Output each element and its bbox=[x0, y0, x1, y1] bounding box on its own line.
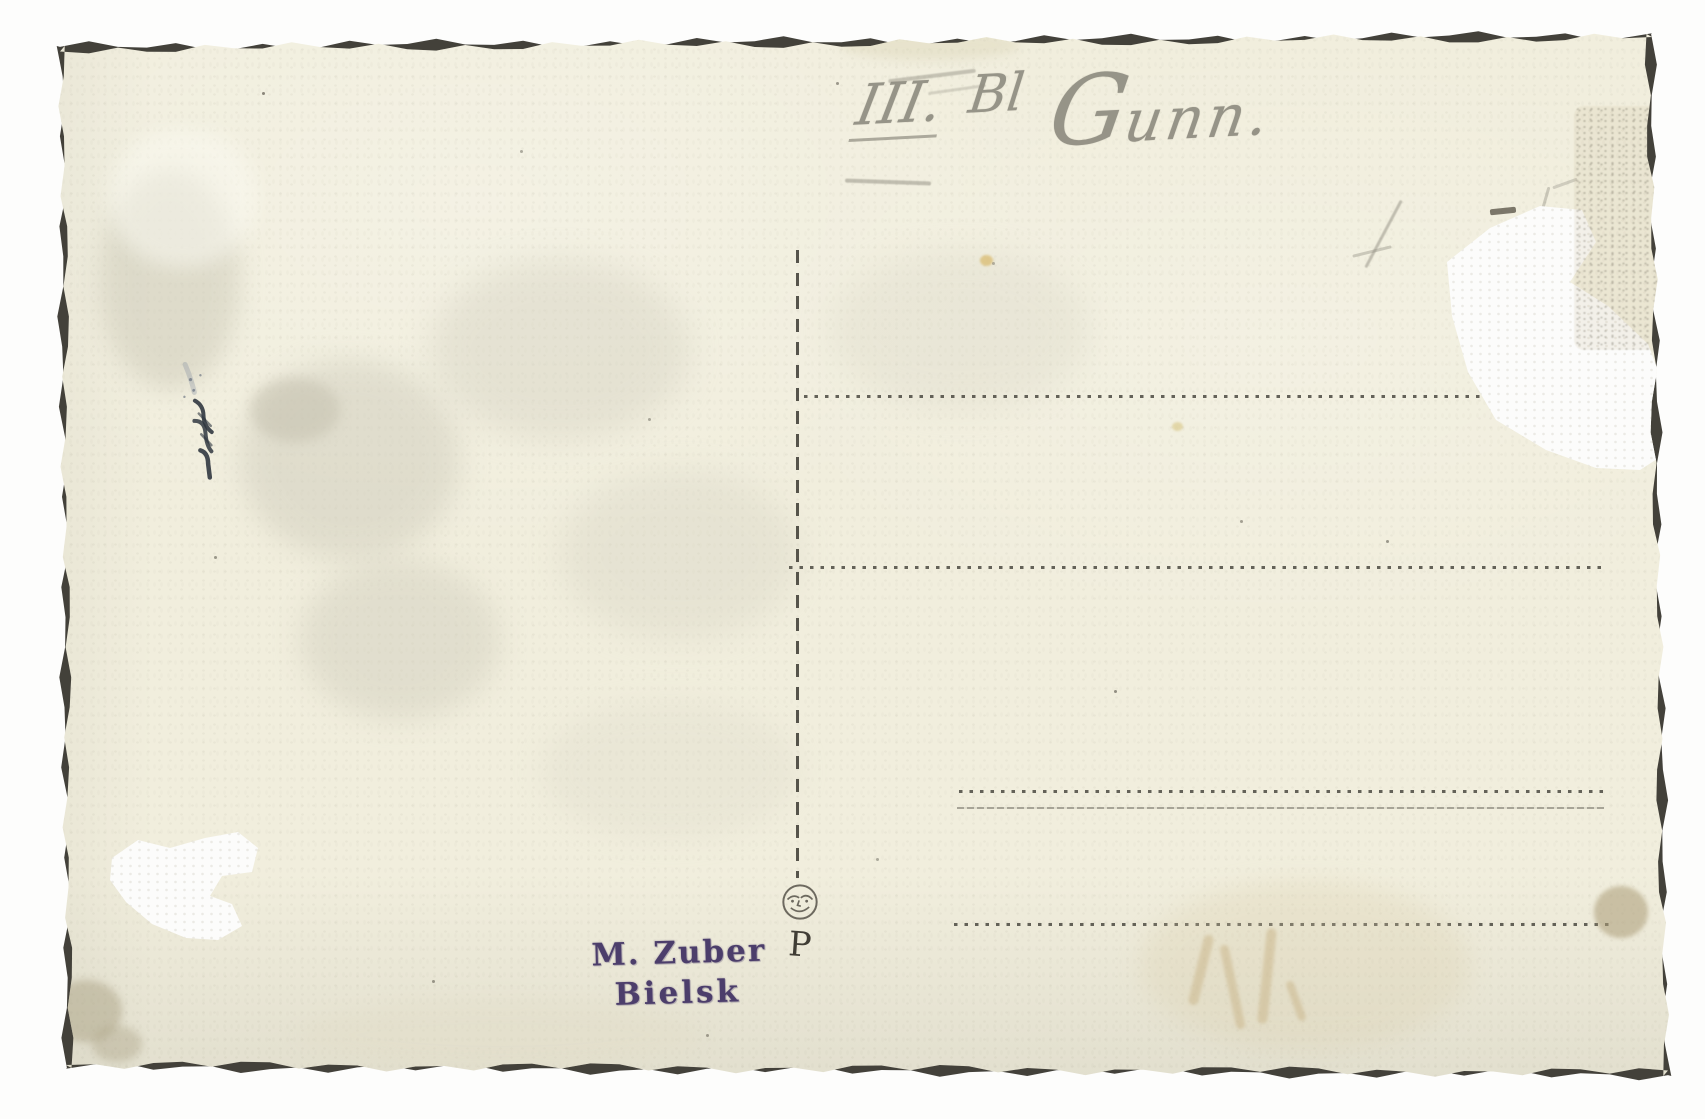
stain-wash-bottom-right bbox=[1140, 880, 1470, 1050]
stain-olive-corner bbox=[50, 980, 122, 1042]
address-line-5 bbox=[954, 923, 1612, 926]
divider-line bbox=[796, 250, 799, 878]
address-line-1 bbox=[804, 395, 1488, 398]
postcard: III. Bl Gunn. bbox=[0, 0, 1705, 1119]
stain-brown-right-edge bbox=[1594, 886, 1648, 938]
printer-trademark-face-icon bbox=[780, 882, 820, 922]
mottle-stain bbox=[560, 470, 800, 640]
pencil-slash-mark bbox=[1352, 245, 1392, 258]
address-line-2 bbox=[789, 566, 1607, 569]
stain-streak bbox=[1187, 934, 1214, 1006]
annotation-word: Gunn. bbox=[1043, 48, 1282, 166]
smudge-mark bbox=[1490, 207, 1516, 216]
stain-olive-corner bbox=[92, 1026, 142, 1062]
dealer-stamp: M. Zuber Bielsk bbox=[591, 932, 768, 1016]
stain-streak bbox=[1257, 928, 1277, 1025]
address-line-4 bbox=[957, 807, 1604, 809]
stain-streak bbox=[1219, 944, 1246, 1030]
paper-grain bbox=[0, 0, 1705, 1119]
postcard-scan: III. Bl Gunn. bbox=[0, 0, 1705, 1119]
stain-yellow-fleck bbox=[980, 255, 993, 266]
stamp-city: Bielsk bbox=[592, 971, 768, 1016]
mottle-stain bbox=[250, 378, 340, 442]
torn-patch-bottom-left bbox=[108, 830, 264, 944]
stain-yellow-fleck bbox=[1172, 422, 1183, 431]
paper-fleck bbox=[262, 92, 265, 95]
mottle-stain bbox=[830, 250, 1090, 410]
annotation-numeral: III. bbox=[848, 66, 950, 142]
printer-mark: P bbox=[772, 882, 828, 962]
pencil-slash-mark bbox=[1364, 200, 1402, 269]
printer-letter: P bbox=[771, 926, 829, 964]
mottle-stain bbox=[430, 260, 690, 440]
stamp-name: M. Zuber bbox=[591, 932, 767, 977]
mottle-stain bbox=[108, 128, 258, 268]
speckled-corner-stain bbox=[1574, 106, 1674, 350]
stain-streak bbox=[1285, 980, 1307, 1022]
mottle-stain bbox=[540, 700, 800, 840]
mottle-stain bbox=[240, 360, 460, 560]
pencil-annotation: III. Bl Gunn. bbox=[854, 46, 1339, 176]
mottle-stain bbox=[100, 170, 240, 390]
address-line-3 bbox=[959, 790, 1606, 793]
mottle-stain bbox=[300, 560, 500, 720]
annotation-word: Bl bbox=[965, 61, 1027, 127]
pencil-dash bbox=[845, 179, 931, 186]
ink-smudge bbox=[149, 356, 251, 503]
